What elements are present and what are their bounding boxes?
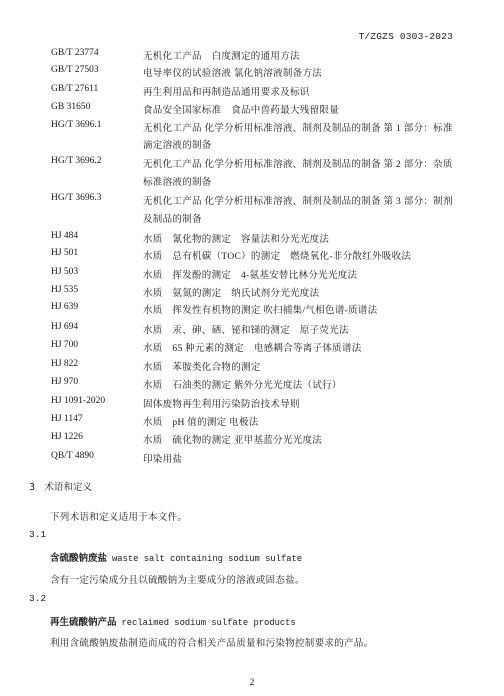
reference-title: 水质 总有机碳（TOC）的测定 燃烧氧化-非分散红外吸收法: [143, 248, 411, 262]
term-definition: 含有一定污染成分且以硫酸钠为主要成分的溶液或固态盐。: [50, 572, 305, 586]
reference-code: GB 31650: [51, 102, 90, 112]
reference-code: HJ 1226: [51, 432, 83, 442]
term-chinese: 再生硫酸钠产品: [50, 617, 117, 628]
reference-code: GB/T 27611: [51, 84, 98, 94]
reference-title: 印染用盐: [143, 451, 182, 465]
reference-title-continued: 及制品的制备: [143, 211, 202, 225]
term-english: waste salt containing sodium sulfate: [112, 554, 302, 564]
reference-code: HJ 639: [51, 302, 78, 312]
section-heading: 3 术语和定义: [29, 479, 92, 493]
reference-code: HJ 970: [51, 377, 78, 387]
term-english: reclaimed sodium sulfate products: [122, 618, 296, 628]
reference-title: 水质 65 种元素的测定 电感耦合等离子体质谱法: [143, 340, 362, 354]
reference-title: 水质 苯胺类化合物的测定: [143, 359, 261, 373]
reference-code: HJ 700: [51, 340, 78, 350]
reference-code: HJ 535: [51, 285, 78, 295]
reference-code: HJ 1147: [51, 414, 83, 424]
document-id-header: T/ZGZS 0303-2023: [359, 31, 453, 42]
reference-title: 无机化工产品 化学分析用标准溶液、制剂及制品的制备 第 2 部分：杂质: [143, 156, 453, 170]
term-chinese: 含硫酸钠废盐: [50, 553, 107, 564]
reference-code: HG/T 3696.3: [51, 193, 102, 203]
reference-code: QB/T 4890: [51, 451, 94, 461]
term-number: 3.1: [29, 529, 46, 540]
reference-title: 水质 挥发性有机物的测定 吹扫捕集/气相色谱-质谱法: [143, 302, 377, 316]
reference-title: 电导率仪的试验溶液 氯化钠溶液制备方法: [143, 65, 322, 79]
reference-title: 水质 汞、砷、硒、铋和锑的测定 原子荧光法: [143, 322, 349, 336]
page-number: 2: [0, 678, 504, 688]
reference-title: 水质 氨氮的测定 纳氏试剂分光光度法: [143, 285, 319, 299]
reference-title: 水质 硫化物的测定 亚甲基蓝分光光度法: [143, 432, 322, 446]
reference-title-continued: 滴定溶液的制备: [143, 137, 212, 151]
reference-title: 食品安全国家标准 食品中兽药最大残留限量: [143, 102, 339, 116]
section-intro: 下列术语和定义适用于本文件。: [50, 509, 187, 523]
reference-title: 无机化工产品 白度测定的通用方法: [143, 48, 300, 62]
reference-code: HJ 503: [51, 267, 78, 277]
reference-title: 无机化工产品 化学分析用标准溶液、制剂及制品的制备 第 1 部分：标准: [143, 120, 453, 134]
reference-title: 再生利用品和再制造品通用要求及标识: [143, 84, 310, 98]
reference-title: 固体废物再生利用污染防治技术导则: [143, 396, 300, 410]
reference-title-continued: 标准溶液的制备: [143, 174, 212, 188]
reference-code: HJ 694: [51, 322, 78, 332]
reference-code: GB/T 27503: [51, 65, 99, 75]
term-number: 3.2: [29, 593, 46, 604]
reference-code: HJ 822: [51, 359, 78, 369]
reference-code: HG/T 3696.2: [51, 156, 102, 166]
reference-code: GB/T 23774: [51, 48, 99, 58]
reference-code: HJ 484: [51, 231, 78, 241]
reference-title: 无机化工产品 化学分析用标准溶液、制剂及制品的制备 第 3 部分：制剂: [143, 193, 453, 207]
term-heading: 再生硫酸钠产品reclaimed sodium sulfate products: [50, 612, 296, 630]
reference-title: 水质 pH 值的测定 电极法: [143, 414, 259, 428]
reference-code: HJ 501: [51, 248, 78, 258]
reference-title: 水质 石油类的测定 紫外分光光度法（试行）: [143, 377, 342, 391]
reference-code: HJ 1091-2020: [51, 396, 105, 406]
reference-code: HG/T 3696.1: [51, 120, 102, 130]
reference-title: 水质 挥发酚的测定 4-氨基安替比林分光光度法: [143, 267, 357, 281]
term-definition: 利用含硫酸钠废盐制造而成的符合相关产品质量和污染物控制要求的产品。: [50, 635, 373, 649]
reference-title: 水质 氰化物的测定 容量法和分光光度法: [143, 231, 329, 245]
term-heading: 含硫酸钠废盐waste salt containing sodium sulfa…: [50, 548, 302, 566]
